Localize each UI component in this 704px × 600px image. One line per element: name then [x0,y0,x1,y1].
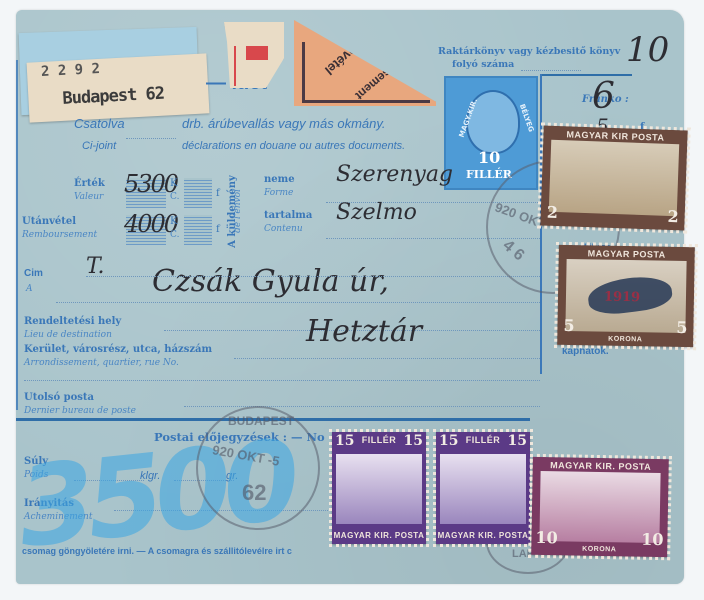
csatolva-dots [126,138,176,139]
raktar-label-1: Raktárkönyv vagy kézbesitő könyv [438,46,620,57]
stamp-2-korona-value-left: 2 [546,203,558,222]
neme-label: neme [264,174,295,185]
cijoint-label: Ci-joint [82,140,116,152]
cijoint-text: déclarations en douane ou autres documen… [182,140,405,152]
cod-label: Utánvétel Remboursement [294,20,436,106]
utanvetel-c: C. [170,230,179,240]
stamp-15-filler-a: FILLÉR 15 15 MAGYAR KIR. POSTA [332,432,426,544]
rendeltetesi-label: Rendeltetési hely [24,316,121,327]
stamp-15-filler-b-footer: MAGYAR KIR. POSTA [436,531,530,540]
remboursement-label: Remboursement [22,230,97,240]
destination-label: Lieu de destination [24,330,112,340]
parcel-card: 2 2 9 2 Budapest 62 — itlet Utánvétel Re… [16,10,684,584]
tartalma-value: Szelmo [336,200,417,225]
stamp-5-korona-value-left: 5 [563,316,574,335]
stamp-15-filler-a-footer: MAGYAR KIR. POSTA [332,531,426,540]
utanvetel-k: K [170,216,177,227]
neme-value: Szerenyag [336,162,453,187]
ertek-k: K [170,178,177,189]
revenue-stamp-value: 10 [478,148,500,167]
forme-label: Forme [264,188,293,198]
postmark-right-date: 920 OKT [493,199,548,231]
kaphatok-label: kaphatók. [562,346,609,357]
postmark-budapest: BUDAPEST 920 OKT -5 62 [196,406,320,530]
cim-value: Czsák Gyula úr, [152,264,389,299]
arrondissement-label: Arrondissement, quartier, rue No. [24,358,179,368]
franko-box-top [542,74,632,76]
rendeltetesi-value: Hetztár [306,314,422,349]
raktar-value: 10 [626,30,669,70]
raktar-label-2: folyó száma [452,59,514,70]
torn-label [224,22,284,88]
cim-label: Cim [24,268,43,279]
ertek-label: Érték [74,178,105,189]
cod-label-text-2: Remboursement [353,31,435,103]
kerulet-label: Kerület, városrész, utca, házszám [24,344,212,355]
origin-number: 2 2 9 2 [41,61,101,80]
stamp-10-korona-value-right: 10 [641,530,664,549]
stamp-2-korona-vignette [549,140,679,216]
utolso-posta-label: Utolsó posta [24,392,94,403]
cod-label-text-1: Utánvétel [322,29,376,78]
stamp-2-korona: MAGYAR KIR POSTA 2 2 [540,126,687,231]
left-border-line [16,60,18,410]
postmark-budapest-top: BUDAPEST [228,414,294,428]
cim-dots-1 [86,276,540,277]
stamp-5-korona-value-right: 5 [676,318,687,337]
stamp-10-korona-value-left: 10 [535,528,558,547]
stamp-5-korona-unit: KORONA [557,335,693,344]
utanvetel-label: Utánvétel [22,216,76,227]
kerulet-dots [234,358,540,359]
kerulet-dots-2 [24,380,540,381]
stamp-15-filler-b-value-left: 15 [439,433,458,449]
utolso-posta-dots [184,406,540,407]
stamp-15-filler-b-vignette [440,454,526,524]
cim-fr-label: A [26,284,33,294]
tartalma-label: tartalma [264,210,312,221]
ertek-c: C. [170,192,179,202]
valeur-label: Valeur [74,192,103,202]
revenue-stamp-right: BÉLYEG [518,103,535,133]
stamp-5-korona: 1919 MAGYAR POSTA KORONA 5 5 [557,245,695,347]
stamp-2-korona-value-right: 2 [667,207,679,226]
stamp-15-filler-a-value-right: 15 [404,433,423,449]
contenu-label: Contenu [264,224,303,234]
dernier-bureau-label: Dernier bureau de poste [24,406,136,416]
cim-dots-2 [56,302,540,303]
csatolva-label: Csatolva [74,116,125,131]
envoi-label: de l'envoi [233,189,243,233]
csatolva-text: drb. árúbevallás vagy más okmány. [182,116,386,131]
stamp-5-korona-overprint: 1919 [604,290,640,306]
postmark-right-number: 4 6 [499,237,528,265]
stamp-15-filler-b-value-right: 15 [508,433,527,449]
utanvetel-filler-box [184,215,212,245]
utanvetel-f: f [216,224,220,235]
ertek-filler-box [184,178,212,208]
ertek-f: f [216,188,220,199]
stamp-10-korona: MAGYAR KIR. POSTA KORONA 10 10 [531,457,669,557]
postmark-budapest-date: 920 OKT -5 [211,442,280,469]
origin-office: Budapest 62 [62,84,165,109]
stamp-15-filler-a-vignette [336,454,422,524]
postmark-budapest-number: 62 [242,480,266,506]
stamp-15-filler-b: FILLÉR 15 15 MAGYAR KIR. POSTA [436,432,530,544]
franko-value: 6 [592,76,615,117]
raktar-dots [521,70,581,71]
origin-label-paper: 2 2 9 2 Budapest 62 [27,53,210,122]
stamp-15-filler-a-value-left: 15 [335,433,354,449]
